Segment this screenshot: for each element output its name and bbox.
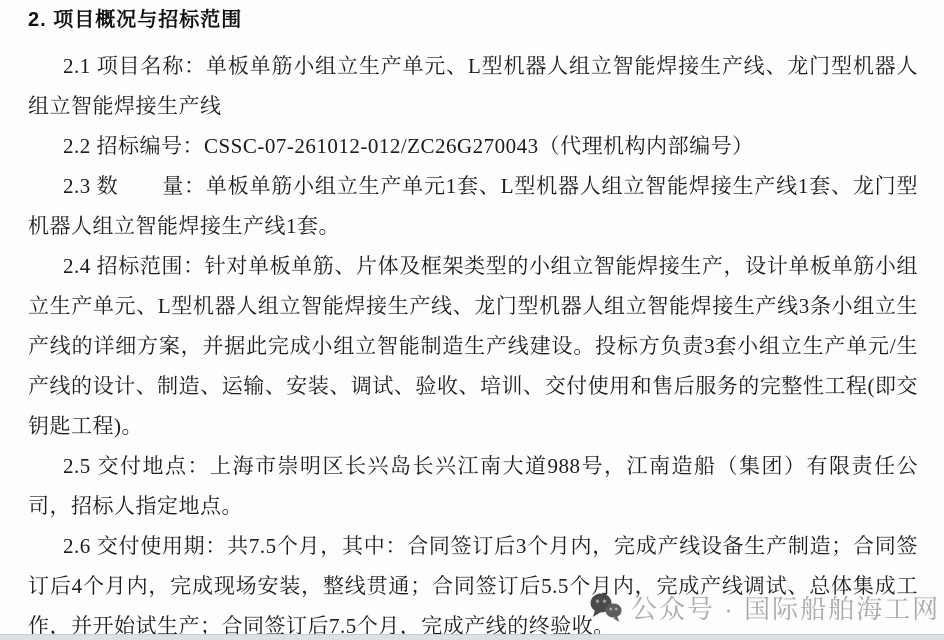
paragraph-project-name: 2.1 项目名称：单板单筋小组立生产单元、L型机器人组立智能焊接生产线、龙门型机… xyxy=(28,46,918,126)
paragraph-delivery-period: 2.6 交付使用期：共7.5个月，其中：合同签订后3个月内，完成产线设备生产制造… xyxy=(28,526,918,640)
document-page: 公众号 · 国际船舶海工网 2. 项目概况与招标范围 2.1 项目名称：单板单筋… xyxy=(0,0,944,640)
paragraph-bid-scope: 2.4 招标范围：针对单板单筋、片体及框架类型的小组立智能焊接生产，设计单板单筋… xyxy=(28,246,918,446)
document-content: 2. 项目概况与招标范围 2.1 项目名称：单板单筋小组立生产单元、L型机器人组… xyxy=(0,0,944,640)
bottom-divider-bar xyxy=(0,634,944,640)
section-heading: 2. 项目概况与招标范围 xyxy=(28,6,918,34)
paragraph-quantity: 2.3 数 量：单板单筋小组立生产单元1套、L型机器人组立智能焊接生产线1套、龙… xyxy=(28,166,918,246)
paragraph-delivery-place: 2.5 交付地点：上海市崇明区长兴岛长兴江南大道988号，江南造船（集团）有限责… xyxy=(28,446,918,526)
paragraph-bid-number: 2.2 招标编号：CSSC-07-261012-012/ZC26G270043（… xyxy=(28,126,918,166)
